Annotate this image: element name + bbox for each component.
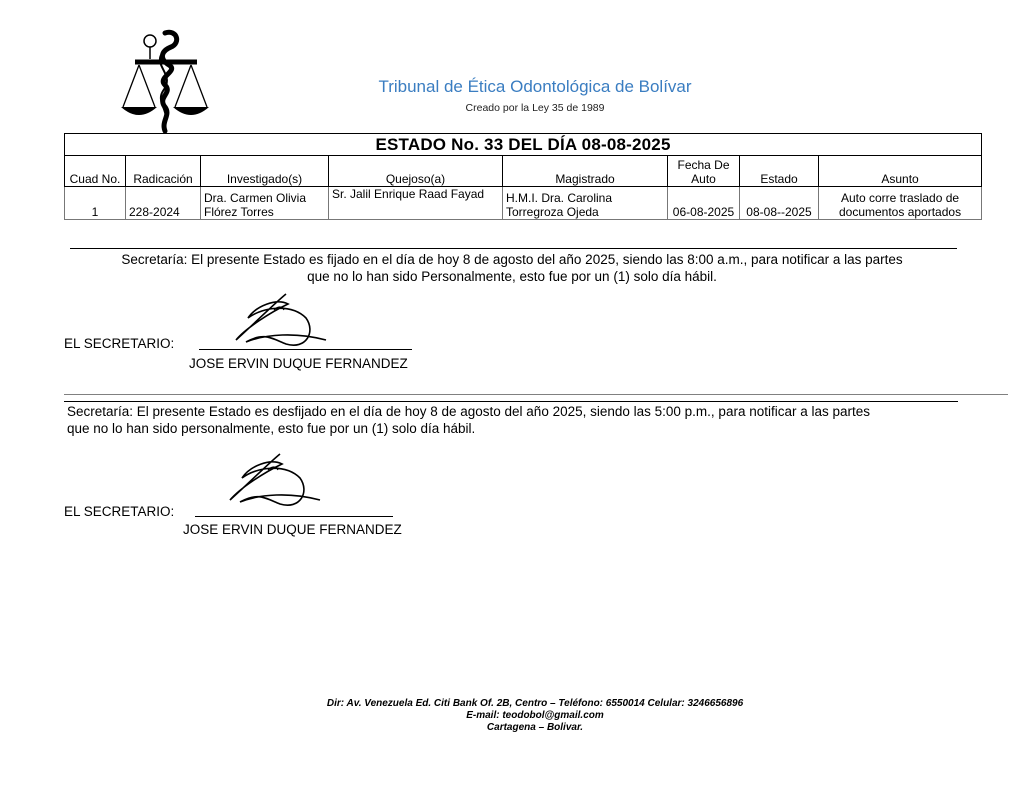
asunto-line1: Auto corre traslado de bbox=[822, 191, 978, 205]
asunto-line2: documentos aportados bbox=[822, 205, 978, 219]
cell-quejoso: Sr. Jalil Enrique Raad Fayad bbox=[329, 187, 503, 220]
organization-title: Tribunal de Ética Odontológica de Bolíva… bbox=[0, 77, 1024, 97]
column-header-asunto: Asunto bbox=[819, 156, 982, 187]
investigado-line1: Dra. Carmen Olivia bbox=[204, 191, 325, 205]
section-divider bbox=[70, 248, 957, 249]
column-header-investigado: Investigado(s) bbox=[201, 156, 329, 187]
cell-radicacion: 228-2024 bbox=[126, 187, 201, 220]
footer-email: E-mail: teodobol@gmail.com bbox=[0, 710, 1024, 722]
cell-asunto: Auto corre traslado de documentos aporta… bbox=[819, 187, 982, 220]
magistrado-line1: H.M.I. Dra. Carolina bbox=[506, 191, 664, 205]
column-header-radicacion: Radicación bbox=[126, 156, 201, 187]
fijacion-signature-label: EL SECRETARIO: bbox=[64, 336, 174, 351]
cell-estado: 08-08--2025 bbox=[740, 187, 819, 220]
fijacion-line1: Secretaría: El presente Estado es fijado… bbox=[0, 251, 1024, 268]
column-header-magistrado: Magistrado bbox=[503, 156, 668, 187]
column-header-estado: Estado bbox=[740, 156, 819, 187]
fecha-header-line1: Fecha De bbox=[671, 158, 736, 172]
desfijacion-line1: Secretaría: El presente Estado es desfij… bbox=[67, 403, 997, 420]
desfijacion-signature-line bbox=[195, 516, 393, 517]
cell-fecha-auto: 06-08-2025 bbox=[668, 187, 740, 220]
fijacion-text: Secretaría: El presente Estado es fijado… bbox=[0, 251, 1024, 285]
desfijacion-text: Secretaría: El presente Estado es desfij… bbox=[67, 403, 997, 437]
fecha-header-line2: Auto bbox=[671, 172, 736, 186]
footer: Dir: Av. Venezuela Ed. Citi Bank Of. 2B,… bbox=[0, 698, 1024, 734]
organization-subtitle: Creado por la Ley 35 de 1989 bbox=[0, 102, 1024, 114]
section-divider-grey bbox=[64, 394, 1008, 395]
handwritten-signature-icon bbox=[210, 452, 340, 512]
handwritten-signature-icon bbox=[216, 292, 346, 352]
footer-address: Dir: Av. Venezuela Ed. Citi Bank Of. 2B,… bbox=[0, 698, 1024, 710]
section-divider bbox=[64, 401, 958, 402]
fijacion-line2: que no lo han sido Personalmente, esto f… bbox=[0, 268, 1024, 285]
cell-magistrado: H.M.I. Dra. Carolina Torregroza Ojeda bbox=[503, 187, 668, 220]
column-header-quejoso: Quejoso(a) bbox=[329, 156, 503, 187]
estado-table: ESTADO No. 33 DEL DÍA 08-08-2025 Cuad No… bbox=[64, 133, 982, 220]
desfijacion-line2: que no lo han sido personalmente, esto f… bbox=[67, 420, 997, 437]
desfijacion-signature-label: EL SECRETARIO: bbox=[64, 504, 174, 519]
column-header-fecha-auto: Fecha De Auto bbox=[668, 156, 740, 187]
desfijacion-secretary-name: JOSE ERVIN DUQUE FERNANDEZ bbox=[183, 522, 402, 537]
footer-city: Cartagena – Bolivar. bbox=[0, 722, 1024, 734]
fijacion-signature-line bbox=[199, 349, 412, 350]
estado-title: ESTADO No. 33 DEL DÍA 08-08-2025 bbox=[65, 134, 982, 156]
magistrado-line2: Torregroza Ojeda bbox=[506, 205, 664, 219]
cell-investigado: Dra. Carmen Olivia Flórez Torres bbox=[201, 187, 329, 220]
fijacion-secretary-name: JOSE ERVIN DUQUE FERNANDEZ bbox=[189, 356, 408, 371]
investigado-line2: Flórez Torres bbox=[204, 205, 325, 219]
table-header-row: Cuad No. Radicación Investigado(s) Quejo… bbox=[65, 156, 982, 187]
table-row: 1 228-2024 Dra. Carmen Olivia Flórez Tor… bbox=[65, 187, 982, 220]
cell-cuad-no: 1 bbox=[65, 187, 126, 220]
column-header-cuad-no: Cuad No. bbox=[65, 156, 126, 187]
